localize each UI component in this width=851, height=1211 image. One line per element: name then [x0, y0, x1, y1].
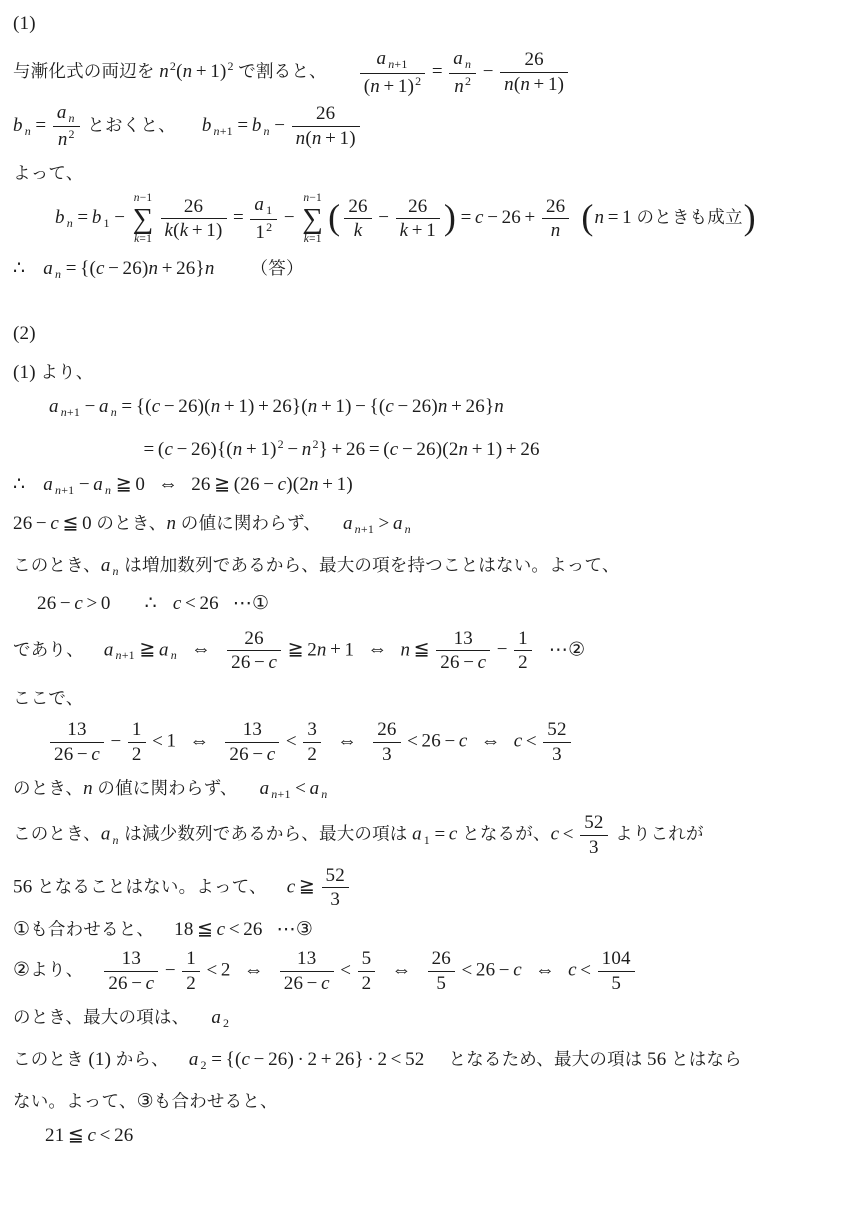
math-variable: n	[171, 648, 177, 662]
math-operator: −	[77, 744, 88, 765]
subscript: n	[111, 405, 117, 419]
math-literal: 13	[122, 948, 141, 969]
math-literal: 2	[132, 744, 142, 765]
math-variable: n	[25, 124, 31, 138]
fraction: 26n(n+1)	[500, 49, 568, 96]
math-literal: )	[496, 439, 503, 460]
line-a2-value: このとき (1) から、a2={(c−26)·2+26}·2<52となるため、最…	[13, 1045, 847, 1079]
line-case-c-ge-26: 26−c≦0 のとき、n の値に関わらず、an+1>an	[13, 509, 847, 543]
big-paren: )	[744, 197, 756, 237]
big-paren: (	[328, 197, 340, 237]
numerator: a1	[250, 194, 277, 219]
math-literal: +1	[220, 124, 233, 138]
math-variable: c	[267, 744, 276, 765]
math-operator: −	[284, 207, 295, 228]
line-substitution: bn=ann2 とおくと、bn+1=bn−26n(n+1)	[13, 102, 847, 152]
math-literal: 1	[424, 833, 430, 847]
math-variable: c	[385, 396, 394, 417]
math-operator: +	[332, 439, 343, 460]
numerator: 26	[428, 948, 455, 971]
math-literal: 26	[268, 1049, 287, 1070]
math-variable: n	[551, 220, 561, 241]
math-variable: n	[520, 74, 530, 95]
math-literal: )	[345, 396, 352, 417]
math-operator: =	[66, 258, 77, 279]
math-literal: 26	[54, 744, 73, 765]
math-operator: +	[258, 396, 269, 417]
math-literal: 26	[432, 948, 451, 969]
line-answer-part1: ∴an={(c−26)n+26}n（答）	[13, 254, 847, 288]
subscript: n	[105, 483, 111, 497]
math-variable: a	[393, 513, 403, 534]
math-operator: =	[211, 1049, 222, 1070]
numerator: 52	[580, 812, 607, 835]
numerator: 13	[436, 628, 490, 651]
numerator: 13	[225, 719, 279, 742]
subscript: n	[25, 124, 31, 138]
math-operator: −	[398, 396, 409, 417]
math-operator: −	[252, 744, 263, 765]
math-literal: }	[485, 396, 494, 417]
numerator: an	[449, 48, 476, 73]
fraction: 523	[580, 812, 607, 859]
fraction: 12	[128, 719, 146, 766]
line-yotte: よって、	[13, 159, 847, 188]
iff-arrow-icon: ⇔	[391, 959, 411, 981]
denominator: 5	[598, 971, 635, 995]
fraction: 2626−c	[227, 628, 281, 675]
math-literal: 26	[408, 196, 427, 217]
math-variable: c	[551, 824, 560, 845]
math-variable: n	[595, 207, 605, 228]
math-literal: 26	[348, 196, 367, 217]
math-literal: 26	[546, 196, 565, 217]
text-run: となるため、最大の項は	[448, 1049, 647, 1069]
math-variable: n	[55, 267, 61, 281]
subscript: 1	[266, 203, 272, 217]
math-literal: 26	[108, 973, 127, 994]
math-variable: c	[478, 652, 487, 673]
math-variable: a	[49, 396, 59, 417]
math-variable: n	[105, 483, 111, 497]
fraction: 1045	[598, 948, 635, 995]
numerator: 26	[373, 719, 400, 742]
math-literal: +1	[67, 405, 80, 419]
fraction: 26n(n+1)	[292, 103, 360, 150]
numerator: 52	[322, 865, 349, 888]
denominator: 26−c	[227, 650, 281, 674]
math-literal: 2	[221, 960, 231, 981]
math-operator: >	[379, 513, 390, 534]
text-run: で割ると、	[234, 61, 327, 81]
subscript: n	[264, 124, 270, 138]
math-variable: a	[57, 102, 67, 123]
math-operator: =	[35, 115, 46, 136]
math-operator: <	[461, 960, 472, 981]
text-run: の値に関わらず、	[176, 513, 321, 533]
math-literal: (1)	[13, 362, 36, 383]
math-literal: 26	[231, 652, 250, 673]
math-variable: a	[189, 1049, 199, 1070]
math-variable: n	[296, 128, 306, 149]
math-operator: =	[77, 207, 88, 228]
math-variable: c	[88, 1125, 97, 1146]
math-operator: <	[152, 731, 163, 752]
math-literal: 2	[201, 1058, 207, 1072]
subscript: 2	[223, 1016, 229, 1030]
math-variable: n	[370, 76, 380, 97]
sigma-sum-icon: n−1∑k=1	[133, 192, 154, 245]
text-run: となることはない。よって、	[32, 876, 266, 896]
math-variable: c	[287, 876, 296, 897]
math-variable: c	[173, 593, 182, 614]
math-operator: =	[237, 115, 248, 136]
numerator: an	[53, 102, 80, 127]
math-literal: +1	[122, 648, 135, 662]
subscript: n	[55, 267, 61, 281]
math-literal: 26	[476, 960, 495, 981]
math-literal: 26	[377, 719, 396, 740]
text-run: このとき、	[13, 555, 101, 575]
fraction: an+1(n+1)2	[360, 48, 426, 98]
subscript: n	[69, 111, 75, 125]
part1-label: (1)	[13, 10, 847, 38]
math-literal: 26	[114, 1125, 133, 1146]
math-operator: <	[391, 1049, 402, 1070]
math-operator: ·	[367, 1049, 374, 1070]
math-literal: 26	[244, 628, 263, 649]
math-literal: 26	[191, 439, 210, 460]
math-literal: 1	[206, 220, 216, 241]
text-run: とおくと、	[83, 115, 176, 135]
numerator: 104	[598, 948, 635, 971]
math-literal: 2	[223, 1016, 229, 1030]
math-operator: −	[165, 960, 176, 981]
line-divide-recurrence: 与漸化式の両辺を n2(n+1)2 で割ると、an+1(n+1)2=ann2−2…	[13, 48, 847, 98]
math-literal: }	[355, 1049, 364, 1070]
subscript: n	[67, 216, 73, 230]
math-literal: 21	[45, 1125, 64, 1146]
math-literal: }	[196, 258, 205, 279]
math-variable: c	[449, 824, 458, 845]
superscript: 2	[266, 220, 272, 234]
math-variable: n	[166, 513, 176, 534]
math-operator: ·	[298, 1049, 305, 1070]
numerator: 1	[128, 719, 146, 742]
math-literal: =1	[139, 233, 152, 245]
math-literal: 52	[405, 1049, 424, 1070]
text-run: 与漸化式の両辺を	[13, 61, 159, 81]
math-operator: −	[274, 115, 285, 136]
fraction: ann2	[449, 48, 476, 98]
math-operator: +	[534, 74, 545, 95]
line-kokode: ここで、	[13, 684, 847, 713]
math-literal: 3	[382, 744, 392, 765]
math-variable: n	[264, 124, 270, 138]
subscript: n+1	[61, 405, 80, 419]
math-operator: <	[580, 960, 591, 981]
math-variable: c	[50, 513, 59, 534]
math-literal: 26	[502, 207, 521, 228]
math-operator: +	[321, 1049, 332, 1070]
math-variable: c	[568, 960, 577, 981]
superscript: 2	[278, 437, 284, 451]
math-variable: n	[405, 522, 411, 536]
math-operator: =	[608, 207, 619, 228]
math-variable: a	[43, 474, 53, 495]
math-operator: <	[340, 960, 351, 981]
math-literal: 5	[362, 948, 372, 969]
math-literal: )	[346, 474, 353, 495]
text-run: ない。よって、	[13, 1091, 137, 1111]
math-variable: n	[465, 57, 471, 71]
math-literal: 26	[243, 919, 262, 940]
math-variable: n	[148, 258, 158, 279]
math-variable: b	[13, 115, 23, 136]
text-run: も合わせると、	[30, 919, 154, 939]
subscript: 1	[424, 833, 430, 847]
fraction: 26k(k+1)	[161, 196, 227, 243]
math-operator: −	[307, 973, 318, 994]
math-operator: =	[434, 824, 445, 845]
math-variable: b	[55, 207, 65, 228]
big-paren: (	[581, 197, 593, 237]
numerator: 26	[500, 49, 568, 72]
math-operator: −	[263, 474, 274, 495]
math-literal: 2	[266, 220, 272, 234]
math-literal: 13	[454, 628, 473, 649]
numerator: 5	[358, 948, 376, 971]
math-operator: =	[432, 61, 443, 82]
math-operator: +	[321, 396, 332, 417]
subscript: 2	[201, 1058, 207, 1072]
math-variable: c	[96, 258, 105, 279]
text-run: （答）	[251, 258, 304, 278]
math-variable: c	[242, 1049, 251, 1070]
math-operator: +	[525, 207, 536, 228]
math-operator: +	[384, 76, 395, 97]
math-operator: −	[287, 439, 298, 460]
math-literal: +1	[361, 522, 374, 536]
text-run: よって、	[13, 163, 83, 183]
math-literal: {(	[226, 1049, 242, 1070]
math-literal: 2	[307, 744, 317, 765]
line-telescoping-sum: bn=b1−n−1∑k=126k(k+1)=a112−n−1∑k=1(26k−2…	[13, 192, 847, 245]
big-paren: )	[444, 197, 456, 237]
math-literal: 26	[184, 196, 203, 217]
line-difference-simplify: =(c−26){(n+1)2−n2}+26=(c−26)(2n+1)+26	[13, 430, 847, 464]
math-literal: 1	[345, 639, 355, 660]
subscript: n	[113, 564, 119, 578]
math-variable: a	[377, 48, 387, 69]
math-literal: 56	[13, 876, 32, 897]
fraction: 52	[358, 948, 376, 995]
math-variable: a	[310, 778, 320, 799]
math-literal: 2	[518, 652, 528, 673]
denominator: (n+1)2	[360, 73, 426, 98]
math-variable: a	[104, 639, 114, 660]
fraction: 1326−c	[104, 948, 158, 995]
math-literal: 1	[186, 948, 196, 969]
math-variable: n	[302, 439, 312, 460]
denominator: 26−c	[225, 742, 279, 766]
math-variable: c	[146, 973, 155, 994]
text-run: から、	[111, 1049, 169, 1069]
math-operator: −	[499, 960, 510, 981]
math-operator: ≧	[214, 474, 230, 495]
text-run: のとき、	[13, 778, 83, 798]
math-literal: 1	[260, 439, 270, 460]
math-literal: 26	[13, 513, 32, 534]
math-literal: 1	[266, 203, 272, 217]
math-literal: 26	[284, 973, 303, 994]
math-literal: }(	[292, 396, 308, 417]
numerator: 13	[50, 719, 104, 742]
math-literal: ){(	[210, 439, 232, 460]
math-literal: ⋯②	[549, 639, 585, 660]
text-run: であり、	[13, 639, 84, 659]
math-literal: ⋯③	[277, 919, 313, 940]
math-literal: 26	[240, 474, 259, 495]
line-condition-1: 26−c>0∴c<26⋯①	[13, 590, 847, 618]
math-literal: 1	[132, 719, 142, 740]
math-variable: n	[308, 396, 318, 417]
subscript: n	[465, 57, 471, 71]
math-operator: <	[229, 919, 240, 940]
math-operator: −	[164, 396, 175, 417]
math-variable: c	[475, 207, 484, 228]
math-operator: ≦	[414, 639, 430, 660]
math-variable: c	[459, 731, 468, 752]
math-variable: n	[205, 258, 215, 279]
math-operator: +	[412, 220, 423, 241]
math-literal: 5	[611, 973, 621, 994]
math-variable: a	[260, 778, 270, 799]
math-literal: ∴	[13, 474, 25, 495]
text-run: より、	[30, 960, 83, 980]
fraction: 32	[303, 719, 321, 766]
numerator: 26	[161, 196, 227, 219]
math-literal: 1	[210, 61, 220, 82]
math-operator: −	[114, 207, 125, 228]
math-literal: 2	[377, 1049, 387, 1070]
math-literal: )	[558, 74, 565, 95]
math-literal: 26	[176, 258, 195, 279]
subscript: 1	[104, 216, 110, 230]
math-operator: =	[233, 207, 244, 228]
iff-arrow-icon: ⇔	[191, 638, 211, 660]
math-operator: +	[162, 258, 173, 279]
math-literal: )	[287, 1049, 294, 1070]
math-variable: a	[93, 474, 103, 495]
sigma-glyph: ∑	[302, 205, 323, 233]
fraction: 26k+1	[396, 196, 440, 243]
math-operator: +	[451, 396, 462, 417]
subscript: n+1	[116, 648, 135, 662]
iff-arrow-icon: ⇔	[481, 730, 501, 752]
denominator: k	[344, 218, 371, 242]
math-operator: −	[487, 207, 498, 228]
math-literal: 2	[449, 439, 459, 460]
math-literal: 1	[486, 439, 496, 460]
part2-label: (2)	[13, 320, 847, 348]
math-variable: c	[513, 960, 522, 981]
math-literal: 26	[191, 474, 210, 495]
math-literal: )(	[198, 396, 211, 417]
numerator: 26	[542, 196, 569, 219]
text-run: よりこれが	[611, 824, 704, 844]
line-inequality-chain-2: ②より、1326−c−12<2⇔1326−c<52⇔265<26−c⇔c<104…	[13, 948, 847, 995]
math-literal: 2	[186, 973, 196, 994]
math-literal: )	[270, 439, 277, 460]
math-literal: 1	[167, 731, 177, 752]
denominator: n(n+1)	[292, 126, 360, 150]
math-variable: k	[165, 220, 174, 241]
math-operator: −	[108, 258, 119, 279]
math-operator: +	[246, 439, 257, 460]
denominator: 2	[182, 971, 200, 995]
numerator: 13	[280, 948, 334, 971]
math-literal: 2	[362, 973, 372, 994]
iff-arrow-icon: ⇔	[535, 959, 555, 981]
iff-arrow-icon: ⇔	[367, 638, 387, 660]
subscript: n+1	[214, 124, 233, 138]
math-operator: >	[86, 593, 97, 614]
math-operator: −	[131, 973, 142, 994]
math-operator: −	[79, 474, 90, 495]
math-variable: n	[312, 128, 322, 149]
math-literal: (1)	[88, 1049, 111, 1070]
subscript: n	[321, 787, 327, 801]
text-run: このとき	[13, 1049, 88, 1069]
math-literal: 1	[426, 220, 436, 241]
math-operator: −	[463, 652, 474, 673]
fraction: 1326−c	[436, 628, 490, 675]
math-literal: }	[319, 439, 328, 460]
math-variable: c	[390, 439, 399, 460]
denominator: 26−c	[50, 742, 104, 766]
math-literal: )(	[436, 439, 449, 460]
fraction: 26n	[542, 196, 569, 243]
text-run: も合わせると、	[154, 1091, 278, 1111]
math-literal: 1	[548, 74, 558, 95]
math-literal: 1	[104, 216, 110, 230]
sigma-glyph: ∑	[133, 205, 154, 233]
numerator: 52	[543, 719, 570, 742]
math-operator: <	[286, 731, 297, 752]
math-literal: 0	[135, 474, 145, 495]
math-operator: <	[185, 593, 196, 614]
denominator: n	[542, 218, 569, 242]
math-variable: n	[69, 111, 75, 125]
math-literal: 26	[346, 439, 365, 460]
math-variable: n	[438, 396, 448, 417]
denominator: n2	[53, 126, 80, 151]
math-variable: a	[43, 258, 53, 279]
math-variable: b	[252, 115, 262, 136]
math-operator: ≧	[288, 639, 304, 660]
fraction: ann2	[53, 102, 80, 152]
math-operator: ≦	[197, 919, 213, 940]
math-operator: −	[254, 652, 265, 673]
math-operator: <	[563, 824, 574, 845]
math-literal: 2	[415, 74, 421, 88]
iff-arrow-icon: ⇔	[244, 959, 264, 981]
math-literal: 2	[308, 1049, 318, 1070]
superscript: 2	[415, 74, 421, 88]
math-literal: 56	[647, 1049, 666, 1070]
math-variable: a	[254, 194, 264, 215]
